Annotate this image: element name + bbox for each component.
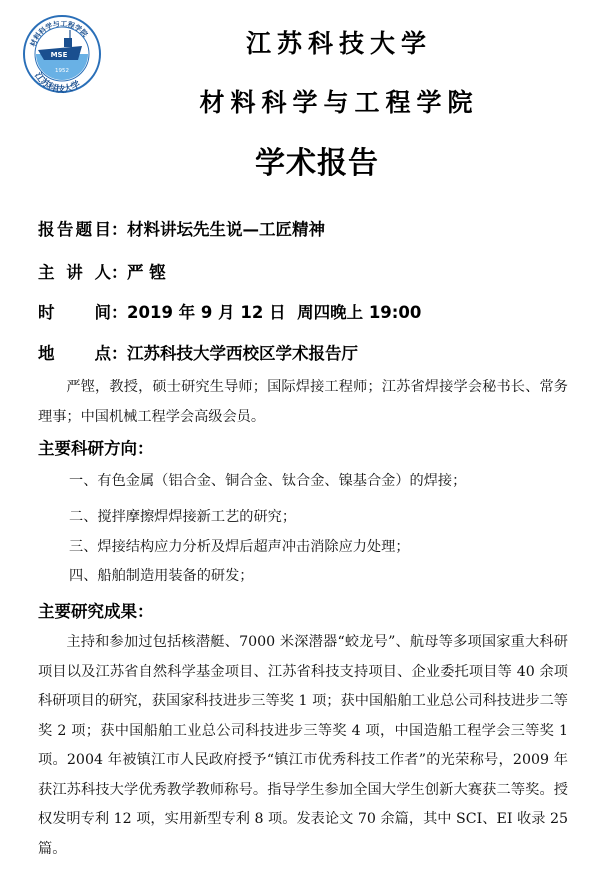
research-item: 四、船舶制造用装备的研发； xyxy=(69,565,253,585)
info-label-time: 时间 xyxy=(38,299,111,323)
document-title: 学术报告 xyxy=(18,138,598,182)
info-value-topic: 材料讲坛先生说—工匠精神 xyxy=(127,216,325,240)
info-value-location: 江苏科技大学西校区学术报告厅 xyxy=(127,340,358,364)
svg-text:1952: 1952 xyxy=(55,68,69,74)
info-row-location: 地点 ： 江苏科技大学西校区学术报告厅 xyxy=(38,340,358,364)
info-row-time: 时间 ： 2019 年 9 月 12 日 周四晚上 19:00 xyxy=(38,299,421,323)
college-name: 材料科学与工程学院 xyxy=(40,83,598,119)
info-row-speaker: 主讲人 ： 严 铿 xyxy=(38,259,166,283)
research-item: 一、有色金属（铝合金、铜合金、钛合金、镍基合金）的焊接； xyxy=(69,470,466,490)
university-name: 江苏科技大学 xyxy=(40,24,598,60)
research-item: 二、搅拌摩擦焊焊接新工艺的研究； xyxy=(69,506,296,526)
info-value-speaker: 严 铿 xyxy=(127,259,166,283)
info-label-topic: 报告题目 xyxy=(38,216,111,240)
info-row-topic: 报告题目 ： 材料讲坛先生说—工匠精神 xyxy=(38,216,325,240)
achievements-heading: 主要研究成果： xyxy=(38,598,154,622)
research-item: 三、焊接结构应力分析及焊后超声冲击消除应力处理； xyxy=(69,536,410,556)
info-value-time: 2019 年 9 月 12 日 周四晚上 19:00 xyxy=(127,299,421,323)
info-label-speaker: 主讲人 xyxy=(38,259,111,283)
research-directions-heading: 主要科研方向： xyxy=(38,435,154,459)
info-label-location: 地点 xyxy=(38,340,111,364)
achievements-text: 主持和参加过包括核潜艇、7000 米深潜器“蛟龙号”、航母等多项国家重大科研项目… xyxy=(38,628,568,864)
speaker-bio: 严铿，教授，硕士研究生导师；国际焊接工程师；江苏省焊接学会秘书长、常务理事；中国… xyxy=(38,373,568,432)
